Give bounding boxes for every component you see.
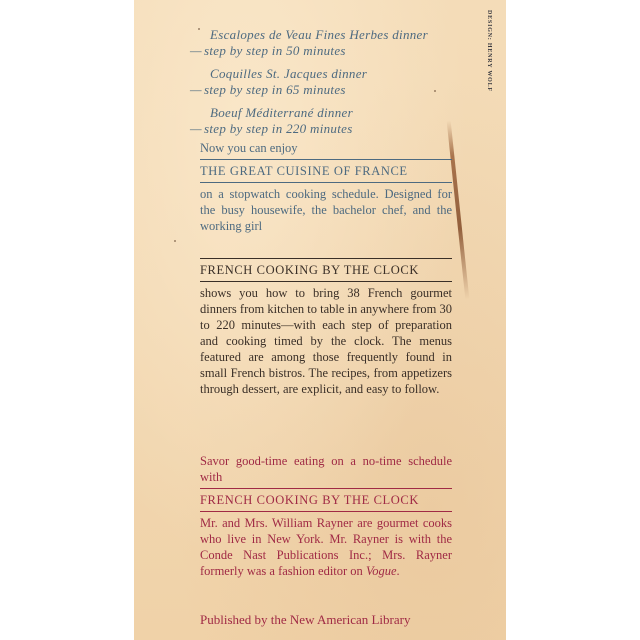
section-great-cuisine: Now you can enjoy THE GREAT CUISINE OF F… [200, 140, 452, 234]
dash: — [190, 43, 204, 59]
dish-step: —step by step in 220 minutes [190, 121, 452, 137]
dish-step-text: step by step in 50 minutes [204, 43, 346, 58]
dash: — [190, 82, 204, 98]
dish-step: —step by step in 50 minutes [190, 43, 452, 59]
paper-speck [174, 240, 176, 242]
magazine-title: Vogue [366, 564, 397, 578]
dish-step-text: step by step in 220 minutes [204, 121, 353, 136]
dish-step-text: step by step in 65 minutes [204, 82, 346, 97]
section-lede: Now you can enjoy [200, 140, 452, 156]
divider [200, 159, 452, 160]
dash: — [190, 121, 204, 137]
dish-list: Escalopes de Veau Fines Herbes dinner —s… [200, 27, 452, 144]
divider [200, 511, 452, 512]
design-credit: DESIGN: HENRY WOLF [486, 10, 492, 92]
book-back-cover: DESIGN: HENRY WOLF Escalopes de Veau Fin… [134, 0, 506, 640]
author-bio-end: . [397, 564, 400, 578]
dish-step: —step by step in 65 minutes [190, 82, 452, 98]
divider [200, 182, 452, 183]
dish-name: Coquilles St. Jacques dinner [200, 66, 452, 82]
section-heading: FRENCH COOKING BY THE CLOCK [200, 492, 452, 508]
divider [200, 488, 452, 489]
section-heading: THE GREAT CUISINE OF FRANCE [200, 163, 452, 179]
section-heading: FRENCH COOKING BY THE CLOCK [200, 262, 452, 278]
publisher-line: Published by the New American Library [200, 612, 452, 628]
author-bio-text: Mr. and Mrs. William Rayner are gourmet … [200, 516, 452, 578]
section-body: on a stopwatch cooking schedule. Designe… [200, 186, 452, 234]
author-bio: Mr. and Mrs. William Rayner are gourmet … [200, 515, 452, 579]
section-lede: Savor good-time eating on a no-time sche… [200, 453, 452, 485]
dish-name: Boeuf Méditerrané dinner [200, 105, 452, 121]
dish-name: Escalopes de Veau Fines Herbes dinner [200, 27, 452, 43]
section-authors: Savor good-time eating on a no-time sche… [200, 453, 452, 579]
divider [200, 258, 452, 259]
section-french-cooking: FRENCH COOKING BY THE CLOCK shows you ho… [200, 255, 452, 397]
section-body: shows you how to bring 38 French gourmet… [200, 285, 452, 397]
divider [200, 281, 452, 282]
